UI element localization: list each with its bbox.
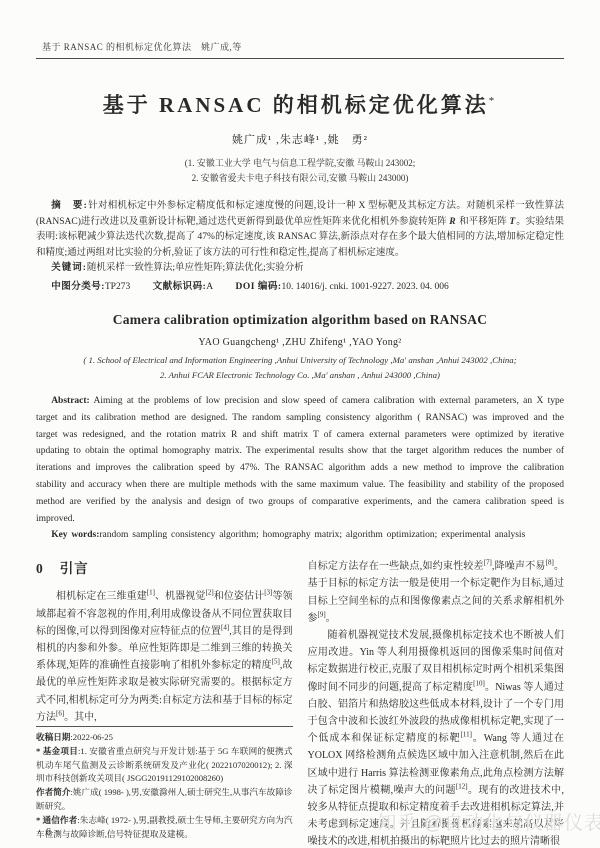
english-title: Camera calibration optimization algorith… (36, 312, 564, 328)
two-column-body: 0引言 相机标定在三维重建[1]、机器视觉[2]和位姿估计[3]等领域都起着不容… (36, 558, 564, 848)
running-head-divider (36, 58, 564, 59)
abstract-en-block: Abstract: Aiming at the problems of low … (36, 393, 564, 544)
english-authors: YAO Guangcheng¹ ,ZHU Zhifeng¹ ,YAO Yong² (36, 337, 564, 348)
footnote-fund: * 基金项目:1. 安徽省重点研究与开发计划:基于 5G 车联网的便携式机动车尾… (36, 745, 293, 786)
abstract-en: Abstract: Aiming at the problems of low … (36, 393, 564, 527)
intro-paragraph: 相机标定在三维重建[1]、机器视觉[2]和位姿估计[3]等领域都起着不容忽视的作… (36, 588, 293, 726)
right-column: 自标定方法存在一些缺点,如约束性较差[7],降噪声不易[8]。基于目标的标定方法… (308, 558, 565, 848)
abstract-cn: 摘 要:针对相机标定中外参标定精度低和标定速度慢的问题,设计一种 X 型标靶及其… (36, 199, 564, 261)
keywords-en-label: Key words: (51, 530, 99, 540)
authors-cn: 姚广成¹ ,朱志峰¹ ,姚 勇² (36, 131, 564, 147)
footnote-block: 收稿日期:2022-06-25 * 基金项目:1. 安徽省重点研究与开发计划:基… (36, 726, 293, 841)
keywords-cn: 关键词:随机采样一致性算法;单应性矩阵;算法优化;实验分析 (36, 261, 564, 277)
keywords-en-text: random sampling consistency algorithm; h… (99, 530, 525, 540)
english-affiliation-line: 2. Anhui FCAR Electronic Technology Co. … (36, 368, 564, 383)
abstract-en-text: Aiming at the problems of low precision … (36, 396, 564, 524)
abstract-cn-block: 摘 要:针对相机标定中外参标定精度低和标定速度慢的问题,设计一种 X 型标靶及其… (36, 199, 564, 295)
footnote-bio-text: :姚广成( 1998- ),男,安徽滁州人,硕士研究生,从事汽车故障诊断研究。 (36, 787, 292, 811)
footnote-received-label: 收稿日期 (36, 732, 70, 742)
paper-page: 基于 RANSAC 的相机标定优化算法 姚广成,等 基于 RANSAC 的相机标… (0, 0, 600, 848)
section-number: 0 (36, 561, 44, 576)
keywords-cn-label: 关键词: (51, 263, 87, 273)
english-affiliation-line: ( 1. School of Electrical and Informatio… (36, 353, 564, 368)
footnote-received: 收稿日期:2022-06-25 (36, 731, 293, 745)
section-heading: 0引言 (36, 560, 293, 577)
affiliations-cn: (1. 安徽工业大学 电气与信息工程学院,安徽 马鞍山 243002; 2. 安… (36, 156, 564, 186)
doc-code-label: 文献标识码: (153, 282, 207, 292)
section-title: 引言 (60, 561, 89, 576)
affiliation-line: (1. 安徽工业大学 电气与信息工程学院,安徽 马鞍山 243002; (36, 156, 564, 171)
paper-title: 基于 RANSAC 的相机标定优化算法* (36, 89, 564, 119)
keywords-cn-text: 随机采样一致性算法;单应性矩阵;算法优化;实验分析 (87, 263, 304, 273)
footnote-received-text: :2022-06-25 (70, 732, 113, 742)
english-affiliations: ( 1. School of Electrical and Informatio… (36, 353, 564, 382)
affiliation-line: 2. 安徽省爱夫卡电子科技有限公司,安徽 马鞍山 243000) (36, 171, 564, 186)
abstract-en-label: Abstract: (51, 396, 90, 406)
footnote-fund-label: * 基金项目 (36, 746, 78, 756)
footnote-bio-label: 作者简介 (36, 787, 70, 797)
left-column: 0引言 相机标定在三维重建[1]、机器视觉[2]和位姿估计[3]等领域都起着不容… (36, 558, 293, 848)
keywords-en: Key words:random sampling consistency al… (36, 527, 564, 544)
doi-label: DOI 编码: (236, 282, 282, 292)
footnote-bio: 作者简介:姚广成( 1998- ),男,安徽滁州人,硕士研究生,从事汽车故障诊断… (36, 786, 293, 814)
title-footnote-mark: * (489, 95, 498, 107)
doc-code-value: A (206, 282, 213, 292)
page-number: · 6 · (38, 827, 60, 838)
doi-value: 10. 14016/j. cnki. 1001-9227. 2023. 04. … (282, 282, 449, 292)
clc-label: 中图分类号: (51, 282, 105, 292)
running-head: 基于 RANSAC 的相机标定优化算法 姚广成,等 (36, 40, 564, 58)
meta-line: 中图分类号:TP273 文献标识码:A DOI 编码:10. 14016/j. … (36, 280, 564, 296)
body-paragraph: 自标定方法存在一些缺点,如约束性较差[7],降噪声不易[8]。基于目标的标定方法… (308, 558, 565, 627)
abstract-cn-text: 针对相机标定中外参标定精度低和标定速度慢的问题,设计一种 X 型标靶及其标定方法… (36, 201, 564, 258)
watermark: 知乎 @自动化与仪器仪表 (377, 808, 600, 835)
clc-value: TP273 (105, 282, 130, 292)
abstract-cn-label: 摘 要: (51, 201, 88, 211)
footnote-corresponding: * 通信作者:朱志峰( 1972- ),男,副教授,硕士生导师,主要研究方向为汽… (36, 814, 293, 842)
paper-title-text: 基于 RANSAC 的相机标定优化算法 (103, 93, 489, 117)
footnote-corresponding-label: * 通信作者 (36, 815, 77, 825)
